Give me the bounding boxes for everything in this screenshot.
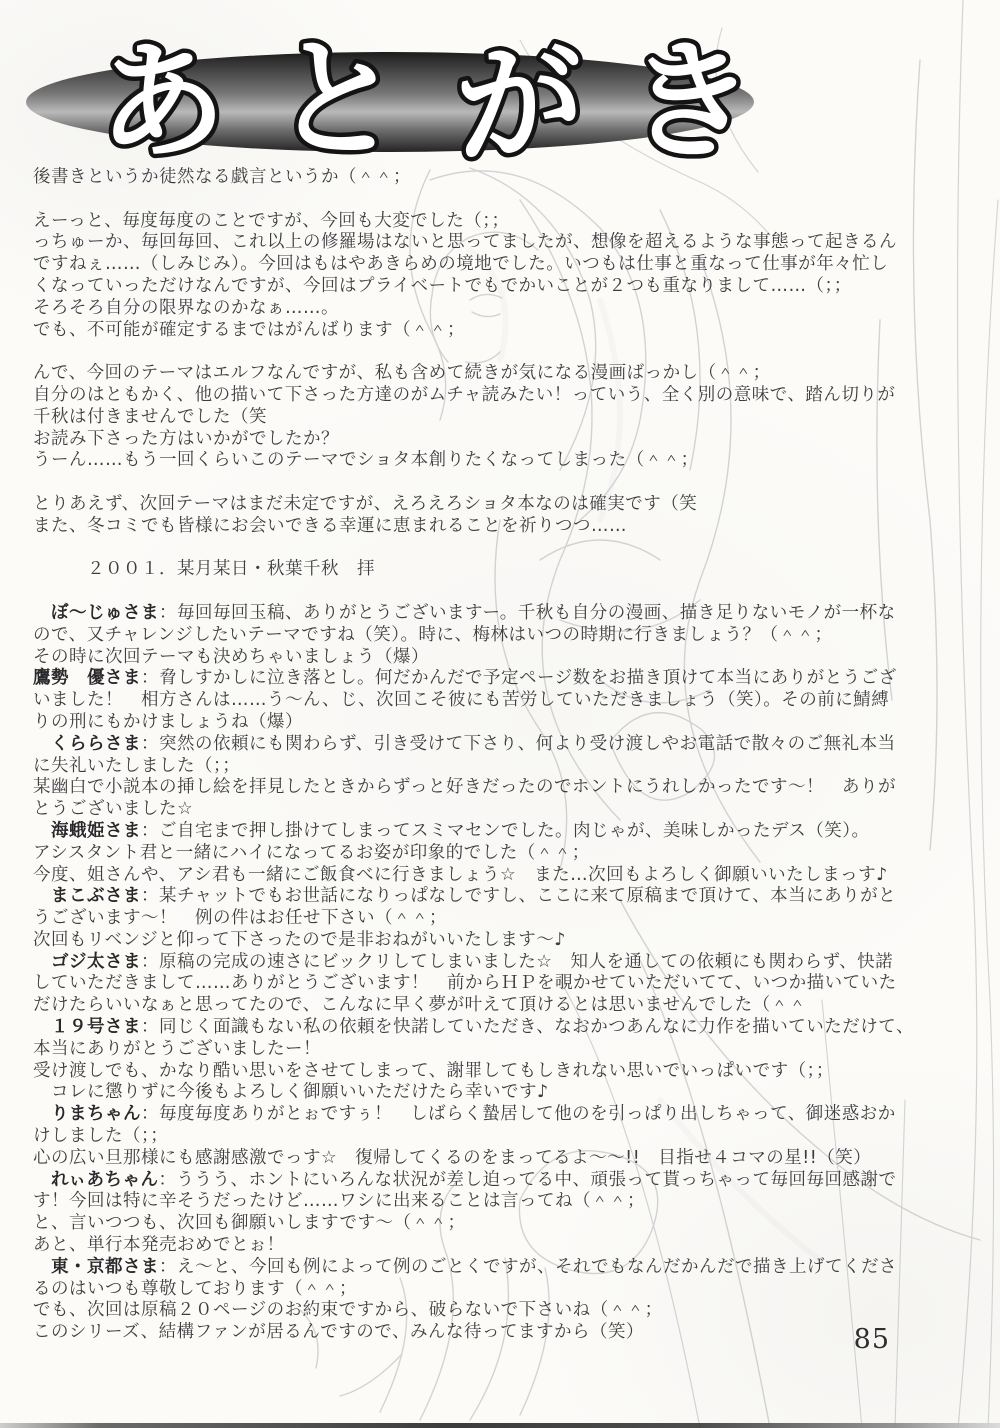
scanned-afterword-page: あ と が き 後書きというか徒然なる戯言というか（＾＾； えーっと、毎度毎度の… xyxy=(0,0,1000,1428)
blank-line xyxy=(33,538,975,560)
text-line: でも、不可能が確定するまではがんばります（＾＾； xyxy=(33,320,975,342)
text-line: 今度、姐さんや、アシ君も一緒にご飯食べに行きましょう☆ また…次回もよろしく御願… xyxy=(33,865,975,887)
text-line: と、言いつつも、次回も御願いしますです〜（＾＾； xyxy=(33,1213,975,1235)
text-line: とりあえず、次回テーマはまだ未定ですが、えろえろショタ本なのは確実です（笑 xyxy=(33,494,975,516)
text-line: このシリーズ、結構ファンが居るんですので、みんな待ってますから（笑） xyxy=(33,1322,975,1344)
blank-line xyxy=(33,581,975,603)
text-line: とうございました☆ xyxy=(33,799,975,821)
text-line: んで、今回のテーマはエルフなんですが、私も含めて続きが気になる漫画ばっかし（＾＾… xyxy=(33,363,975,385)
text-line: あと、単行本発売おめでとぉ！ xyxy=(33,1235,975,1257)
text-line: ので、又チャレンジしたいテーマですね（笑）。時に、梅林はいつの時期に行きましょう… xyxy=(33,625,975,647)
text-line: くなっていっただけなんですが、今回はプライベートでもでかいことが２つも重なりまし… xyxy=(33,276,975,298)
credit-name: 東・京都さま xyxy=(33,1257,159,1277)
text-line: コレに懲りずに今後もよろしく御願いいただけたら幸いです♪ xyxy=(33,1082,975,1104)
credit-name: りまちゃん xyxy=(33,1104,141,1124)
text-line: 鷹勢 優さま：脅しすかしに泣き落とし。何だかんだで予定ページ数をお描き頂けて本当… xyxy=(33,668,975,690)
text-line: お読み下さった方はいかがでしたか？ xyxy=(33,429,975,451)
text-line: まこぶさま：某チャットでもお世話になりっぱなしですし、ここに来て原稿まで頂けて、… xyxy=(33,886,975,908)
title-char-to: と xyxy=(268,22,406,180)
text-line: す！今回は特に辛そうだったけど……ワシに出来ることは言ってね（＾＾； xyxy=(33,1191,975,1213)
text-line: １９号さま：同じく面識もない私の依頼を快諾していただき、なおかつあんなに力作を描… xyxy=(33,1017,975,1039)
text-line: そろそろ自分の限界なのかなぁ……。 xyxy=(33,298,975,320)
text-line: ２００１．某月某日・秋葉千秋 拝 xyxy=(33,559,975,581)
text-line: ゴジ太さま：原稿の完成の速さにビックリしてしまいました☆ 知人を通しての依頼にも… xyxy=(33,952,975,974)
credit-name: １９号さま xyxy=(33,1017,141,1037)
title-char-a: あ xyxy=(95,26,228,179)
credit-name: まこぶさま xyxy=(33,886,141,906)
text-line: 心の広い旦那様にも感謝感激でっす☆ 復帰してくるのをまってるよ〜〜!! 目指せ４… xyxy=(33,1148,975,1170)
text-line: 東・京都さま：え〜と、今回も例によって例のごとくですが、それでもなんだかんだで描… xyxy=(33,1257,975,1279)
text-line: ぼ〜じゅさま：毎回毎回玉稿、ありがとうございますー。千秋も自分の漫画、描き足りな… xyxy=(33,603,975,625)
text-line: 海蛾姫さま：ご自宅まで押し掛けてしまってスミマセンでした。肉じゃが、美味しかった… xyxy=(33,821,975,843)
text-line: ですねぇ……（しみじみ）。今回はもはやあきらめの境地でした。いつもは仕事と重なっ… xyxy=(33,254,975,276)
text-line: 本当にありがとうございましたー！ xyxy=(33,1039,975,1061)
title-char-ga: が xyxy=(451,26,589,183)
text-line: だけたらいいなぁと思ってたので、こんなに早く夢が叶えて頂けるとは思いませんでした… xyxy=(33,995,975,1017)
credit-name: ゴジ太さま xyxy=(33,952,141,972)
text-line: うございます〜！ 例の件はお任せ下さい（＾＾； xyxy=(33,908,975,930)
page-number: 85 xyxy=(854,1324,890,1355)
text-line: れぃあちゃん：ううう、ホントにいろんな状況が差し迫ってる中、頑張って貰っちゃって… xyxy=(33,1170,975,1192)
credit-name: 鷹勢 優さま xyxy=(33,668,141,688)
text-line: 自分のはともかく、他の描いて下さった方達のがムチャ読みたい！っていう、全く別の意… xyxy=(33,385,975,407)
text-line: アシスタント君と一緒にハイになってるお姿が印象的でした（＾＾； xyxy=(33,843,975,865)
text-line: 次回もリベンジと仰って下さったので是非おねがいいたします〜♪ xyxy=(33,930,975,952)
text-line: でも、次回は原稿２０ページのお約束ですから、破らないで下さいね（＾＾； xyxy=(33,1300,975,1322)
text-line: りまちゃん：毎度毎度ありがとぉですぅ！ しばらく蟄居して他のを引っぱり出しちゃっ… xyxy=(33,1104,975,1126)
body-text: 後書きというか徒然なる戯言というか（＾＾； えーっと、毎度毎度のことですが、今回… xyxy=(33,167,975,1344)
credit-name: 海蛾姫さま xyxy=(33,821,141,841)
blank-line xyxy=(33,472,975,494)
scan-bottom-edge xyxy=(0,1423,1000,1428)
text-line: また、冬コミでも皆様にお会いできる幸運に恵まれることを祈りつつ…… xyxy=(33,516,975,538)
text-line: に失礼いたしました（；； xyxy=(33,756,975,778)
credit-name: ぼ〜じゅさま xyxy=(33,603,159,623)
text-line: えーっと、毎度毎度のことですが、今回も大変でした（；； xyxy=(33,211,975,233)
text-line: っちゅーか、毎回毎回、これ以上の修羅場はないと思ってましたが、想像を超えるような… xyxy=(33,232,975,254)
text-line: その時に次回テーマも決めちゃいましょう（爆） xyxy=(33,647,975,669)
text-line: していただきまして……ありがとうございます！ 前からＨＰを覗かせていただいてて、… xyxy=(33,973,975,995)
text-line: 受け渡しでも、かなり酷い思いをさせてしまって、謝罪してもしきれない思いでいっぱい… xyxy=(33,1061,975,1083)
title-char-ki: き xyxy=(624,26,757,179)
text-line: 某幽白で小説本の挿し絵を拝見したときからずっと好きだったのでホントにうれしかった… xyxy=(33,777,975,799)
text-line: けしました（；； xyxy=(33,1126,975,1148)
text-line: りの刑にもかけましょうね（爆） xyxy=(33,712,975,734)
blank-line xyxy=(33,341,975,363)
text-line: いました！ 相方さんは……う〜ん、じ、次回こそ彼にも苦労していただきましょう（笑… xyxy=(33,690,975,712)
credit-name: れぃあちゃん xyxy=(33,1170,158,1190)
text-line: 千秋は付きませんでした（笑 xyxy=(33,407,975,429)
text-line: るのはいつも尊敬しております（＾＾； xyxy=(33,1279,975,1301)
afterword-title-banner: あ と が き xyxy=(22,18,762,183)
text-line: うーん……もう一回くらいこのテーマでショタ本創りたくなってしまった（＾＾； xyxy=(33,450,975,472)
blank-line xyxy=(33,189,975,211)
text-line: くららさま：突然の依頼にも関わらず、引き受けて下さり、何より受け渡しやお電話で散… xyxy=(33,734,975,756)
credit-name: くららさま xyxy=(33,734,141,754)
